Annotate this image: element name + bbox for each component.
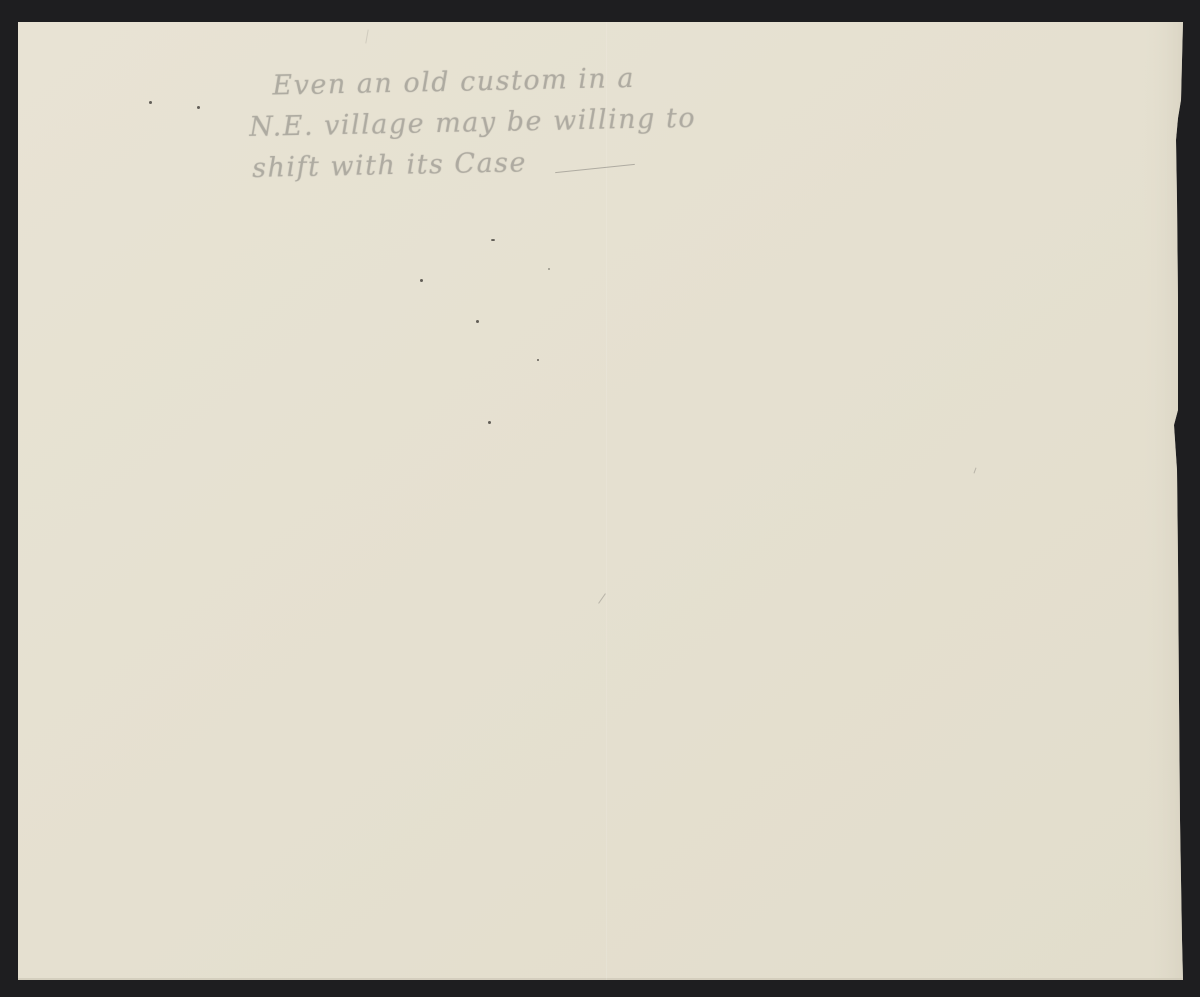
paper-speck — [488, 421, 491, 424]
paper-speck — [476, 320, 479, 323]
handwritten-note: Even an old custom in a N.E. village may… — [248, 53, 850, 189]
paper-speck — [491, 239, 495, 241]
paper-speck — [420, 279, 423, 282]
paper-speck — [197, 106, 200, 109]
paper-speck — [548, 268, 550, 270]
scanned-document: Even an old custom in a N.E. village may… — [0, 0, 1200, 997]
paper-speck — [537, 359, 539, 361]
paper-speck — [149, 101, 152, 104]
